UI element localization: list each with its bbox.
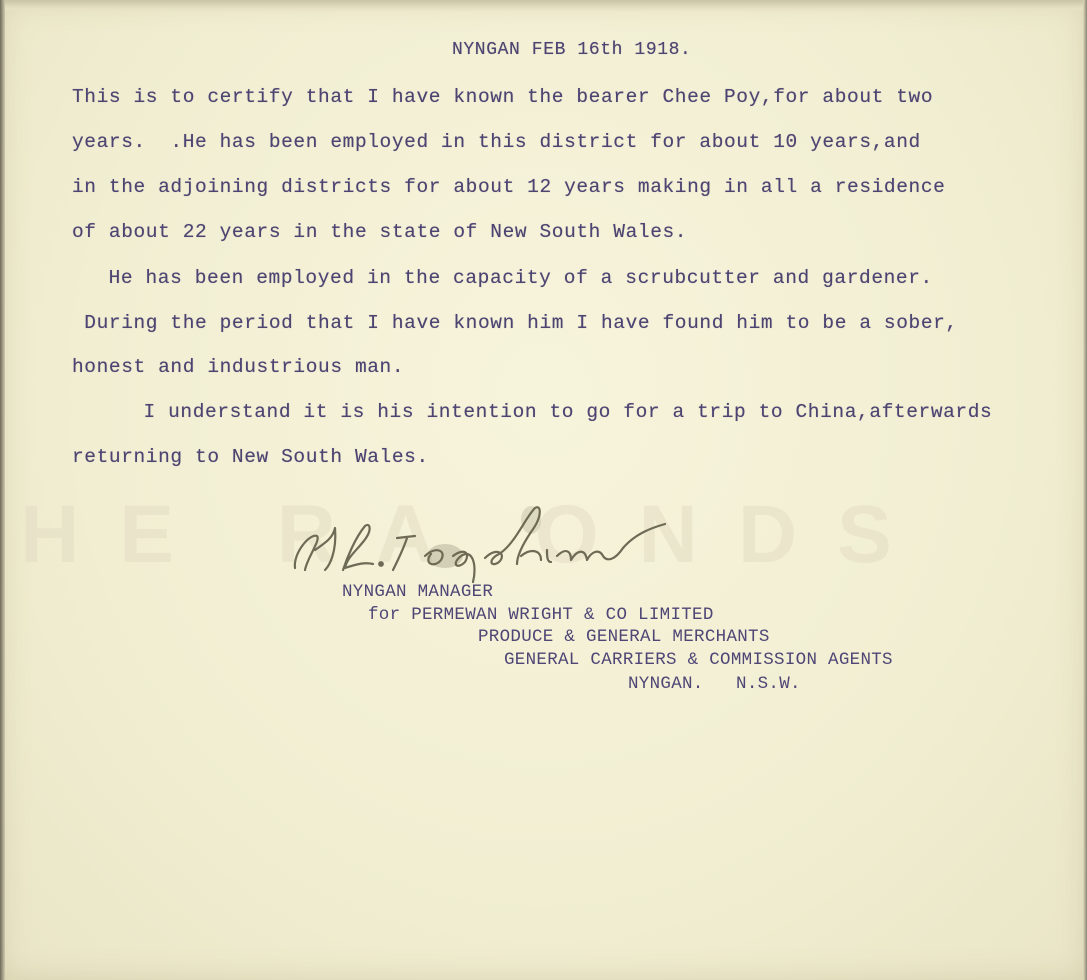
signature-scrawl-icon (285, 498, 725, 588)
body-line: I understand it is his intention to go f… (82, 401, 992, 423)
body-line: This is to certify that I have known the… (72, 86, 933, 108)
handwritten-signature (285, 498, 725, 588)
company-location: NYNGAN. N.S.W. (628, 674, 801, 694)
body-line: of about 22 years in the state of New So… (72, 221, 687, 243)
paper-top-edge (0, 0, 1087, 12)
dateline: NYNGAN FEB 16th 1918. (452, 40, 691, 60)
body-line: He has been employed in the capacity of … (84, 267, 933, 289)
body-line: returning to New South Wales. (72, 446, 429, 468)
body-line: years. .He has been employed in this dis… (72, 131, 921, 153)
signatory-title: NYNGAN MANAGER (342, 582, 493, 602)
document-page: HE RA ONDS NYNGAN FEB 16th 1918. This is… (0, 0, 1087, 980)
body-line: honest and industrious man. (72, 356, 404, 378)
paper-left-edge (0, 0, 5, 980)
body-line: During the period that I have known him … (72, 312, 958, 334)
company-line-1: PRODUCE & GENERAL MERCHANTS (478, 627, 770, 647)
body-line: in the adjoining districts for about 12 … (72, 176, 945, 198)
company-line-2: GENERAL CARRIERS & COMMISSION AGENTS (504, 650, 893, 670)
company-name: for PERMEWAN WRIGHT & CO LIMITED (368, 605, 714, 625)
